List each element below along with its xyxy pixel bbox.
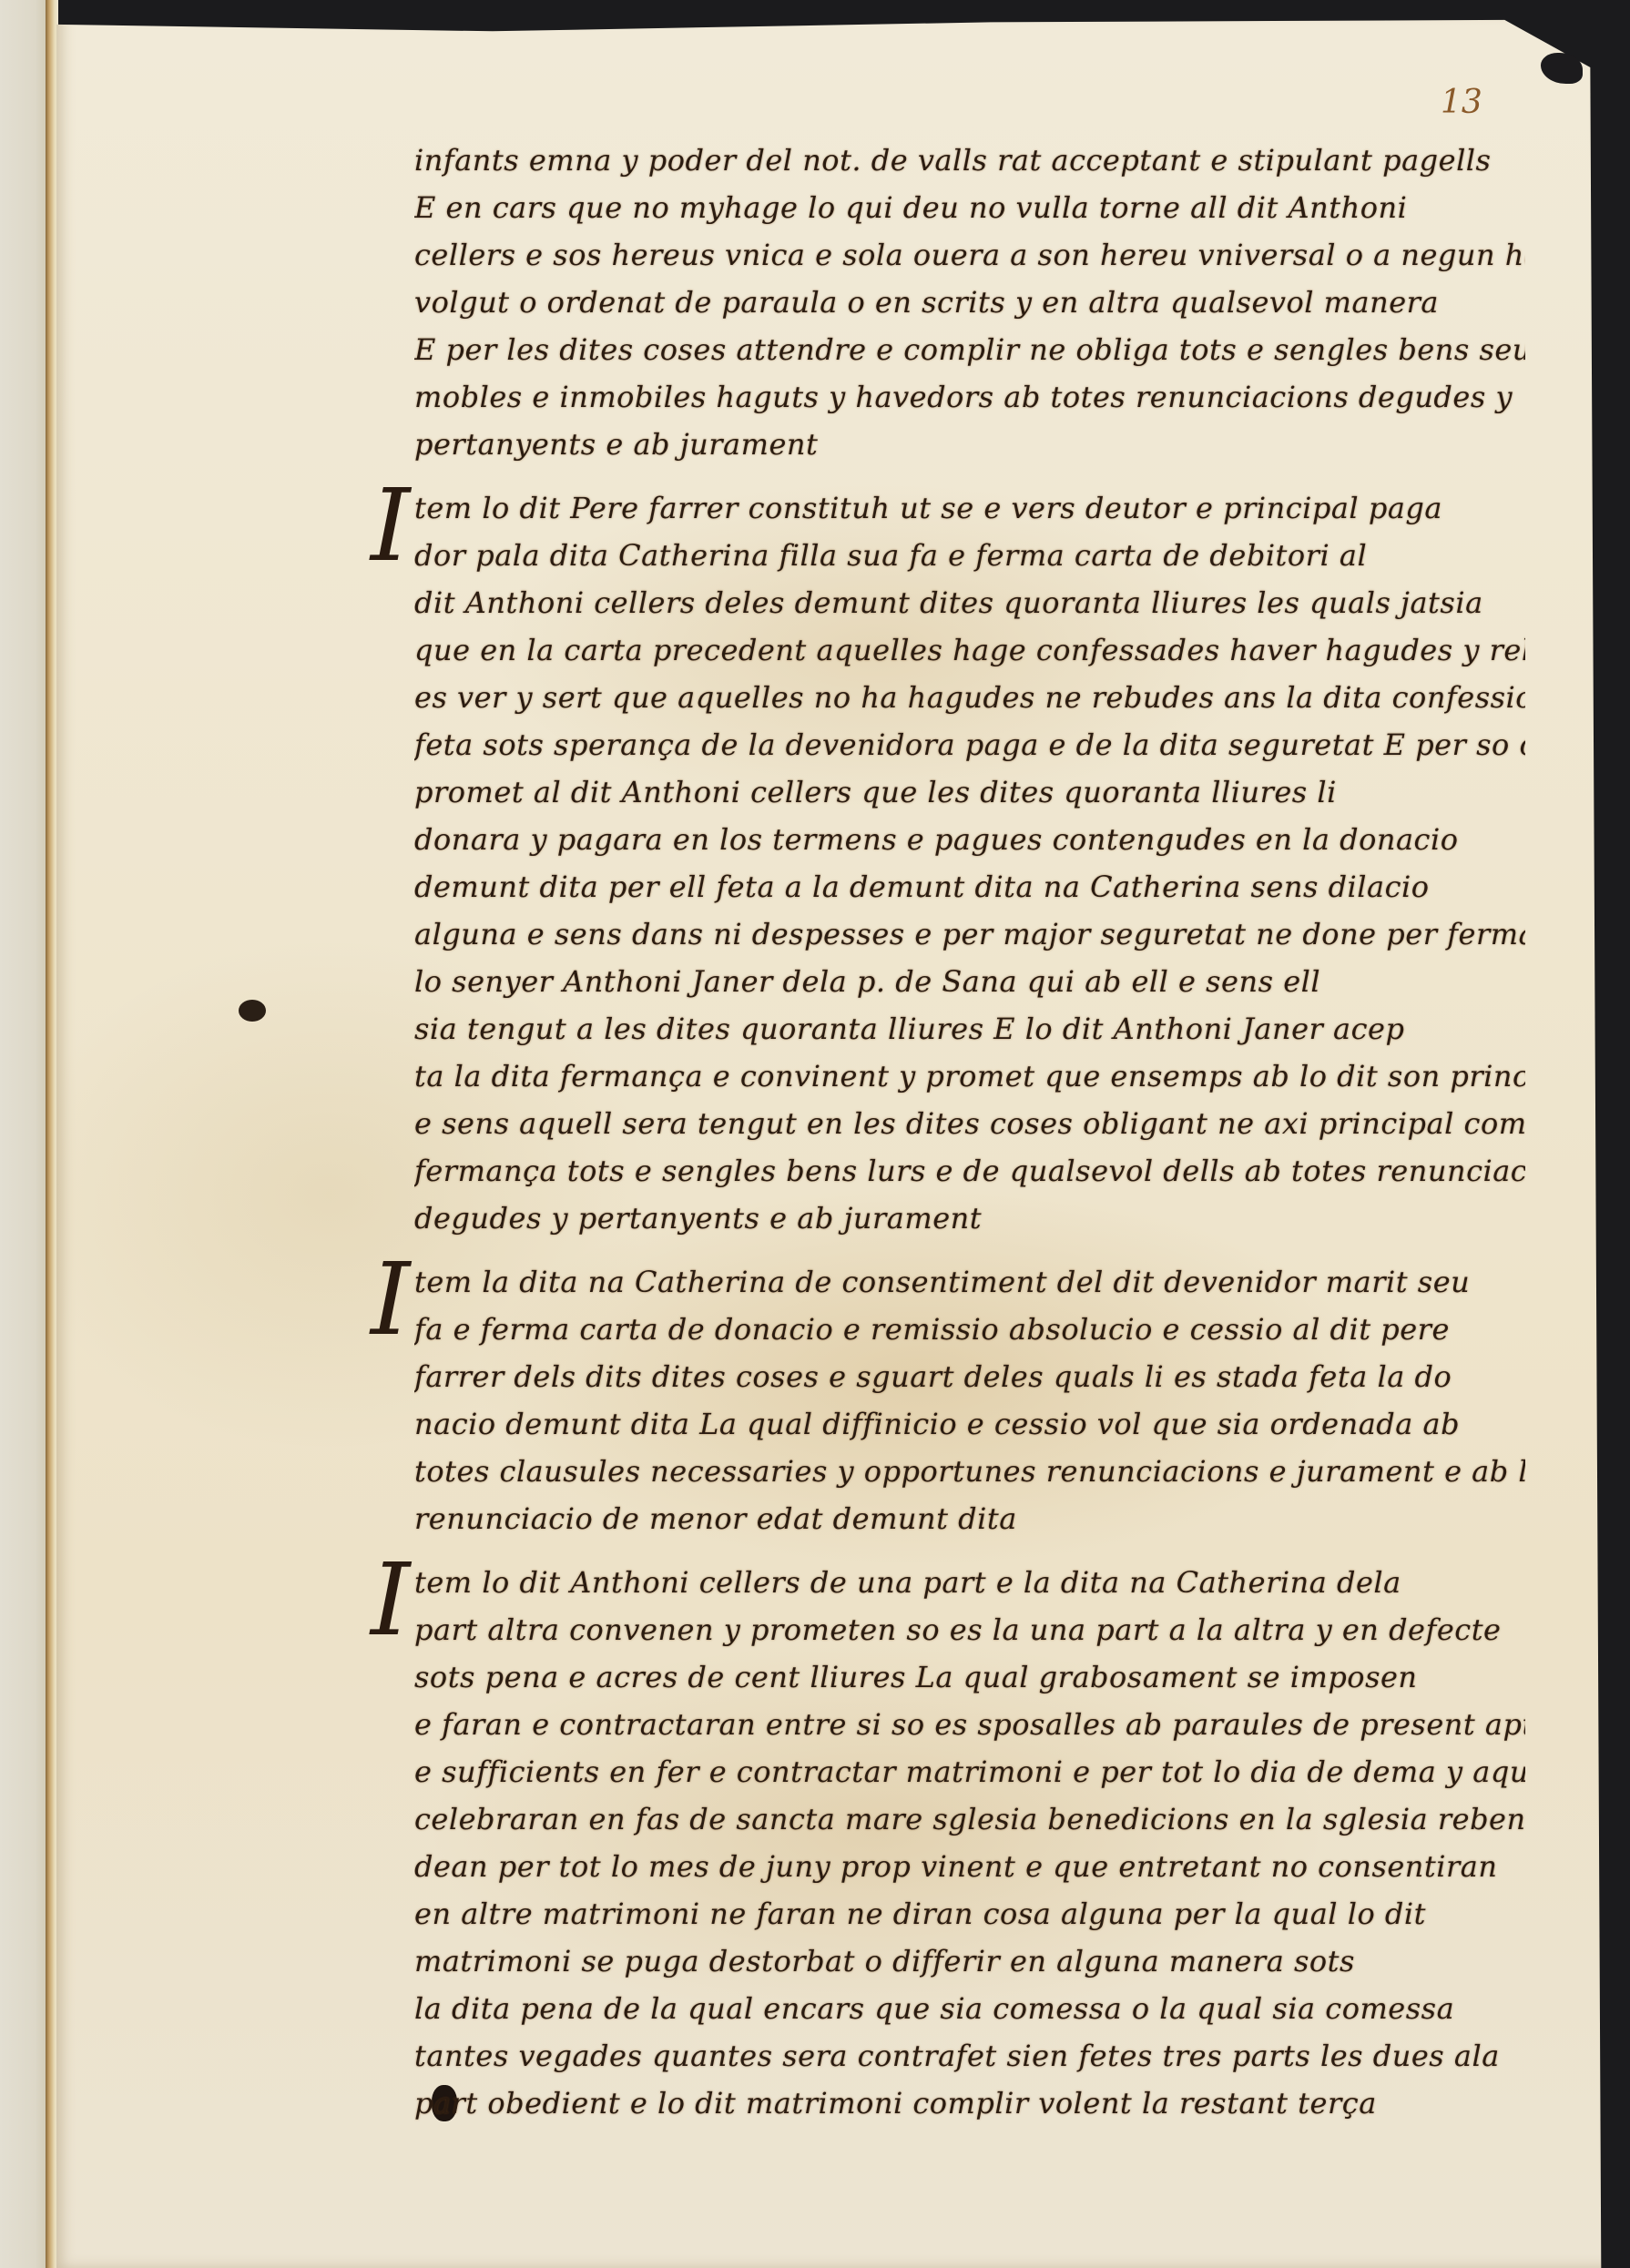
text-line: cellers e sos hereus vnica e sola ouera …	[414, 231, 1525, 279]
text-line: ta la dita fermança e convinent y promet…	[414, 1053, 1525, 1100]
text-line: sots pena e acres de cent lliures La qua…	[414, 1653, 1525, 1701]
text-line: fermança tots e sengles bens lurs e de q…	[414, 1147, 1525, 1195]
text-line: nacio demunt dita La qual diffinicio e c…	[414, 1400, 1525, 1448]
text-line: mobles e inmobiles haguts y havedors ab …	[414, 373, 1525, 421]
text-line: part obedient e lo dit matrimoni complir…	[414, 2080, 1525, 2127]
text-line: pertanyents e ab jurament	[414, 421, 1525, 468]
decorated-initial: I	[371, 475, 410, 575]
entry-4: I tem lo dit Anthoni cellers de una part…	[414, 1559, 1525, 2127]
ink-stain-left-margin	[239, 1000, 266, 1022]
entry-3: I tem la dita na Catherina de consentime…	[414, 1258, 1525, 1542]
text-line: degudes y pertanyents e ab jurament	[414, 1195, 1525, 1242]
text-line: demunt dita per ell feta a la demunt dit…	[414, 863, 1525, 910]
text-line: que en la carta precedent aquelles hage …	[414, 626, 1525, 674]
text-line: dit Anthoni cellers deles demunt dites q…	[414, 579, 1525, 626]
text-line: dor pala dita Catherina filla sua fa e f…	[414, 532, 1525, 579]
text-line: totes clausules necessaries y opportunes…	[414, 1448, 1525, 1495]
text-line: tantes vegades quantes sera contrafet si…	[414, 2032, 1525, 2080]
decorated-initial: I	[371, 1550, 410, 1650]
text-line: donara y pagara en los termens e pagues …	[414, 816, 1525, 863]
text-line: e sufficients en fer e contractar matrim…	[414, 1748, 1525, 1795]
text-line: es ver y sert que aquelles no ha hagudes…	[414, 674, 1525, 721]
text-line: e sens aquell sera tengut en les dites c…	[414, 1100, 1525, 1147]
text-line: alguna e sens dans ni despesses e per ma…	[414, 910, 1525, 958]
text-line: volgut o ordenat de paraula o en scrits …	[414, 279, 1525, 326]
entry-2: I tem lo dit Pere farrer constituh ut se…	[414, 484, 1525, 1242]
text-line: e faran e contractaran entre si so es sp…	[414, 1701, 1525, 1748]
facing-page-edge	[0, 0, 50, 2268]
text-line: sia tengut a les dites quoranta lliures …	[414, 1005, 1525, 1053]
manuscript-text: infants emna y poder del not. de valls r…	[414, 137, 1525, 2127]
text-line: tem lo dit Pere farrer constituh ut se e…	[414, 484, 1525, 532]
book-gutter	[46, 0, 58, 2268]
text-line: renunciacio de menor edat demunt dita	[414, 1495, 1525, 1542]
text-line: fa e ferma carta de donacio e remissio a…	[414, 1306, 1525, 1353]
text-line: matrimoni se puga destorbat o differir e…	[414, 1937, 1525, 1985]
text-line: en altre matrimoni ne faran ne diran cos…	[414, 1890, 1525, 1937]
decorated-initial: I	[371, 1249, 410, 1349]
text-line: la dita pena de la qual encars que sia c…	[414, 1985, 1525, 2032]
text-line: E per les dites coses attendre e complir…	[414, 326, 1525, 373]
text-line: celebraran en fas de sancta mare sglesia…	[414, 1795, 1525, 1843]
folio-number: 13	[1441, 84, 1482, 121]
text-line: infants emna y poder del not. de valls r…	[414, 137, 1525, 184]
text-line: promet al dit Anthoni cellers que les di…	[414, 768, 1525, 816]
text-line: E en cars que no myhage lo qui deu no vu…	[414, 184, 1525, 231]
text-line: part altra convenen y prometen so es la …	[414, 1606, 1525, 1653]
text-line: lo senyer Anthoni Janer dela p. de Sana …	[414, 958, 1525, 1005]
text-line: tem lo dit Anthoni cellers de una part e…	[414, 1559, 1525, 1606]
text-line: feta sots sperança de la devenidora paga…	[414, 721, 1525, 768]
text-line: tem la dita na Catherina de consentiment…	[414, 1258, 1525, 1306]
text-line: farrer dels dits dites coses e sguart de…	[414, 1353, 1525, 1400]
entry-1: infants emna y poder del not. de valls r…	[414, 137, 1525, 468]
text-line: dean per tot lo mes de juny prop vinent …	[414, 1843, 1525, 1890]
